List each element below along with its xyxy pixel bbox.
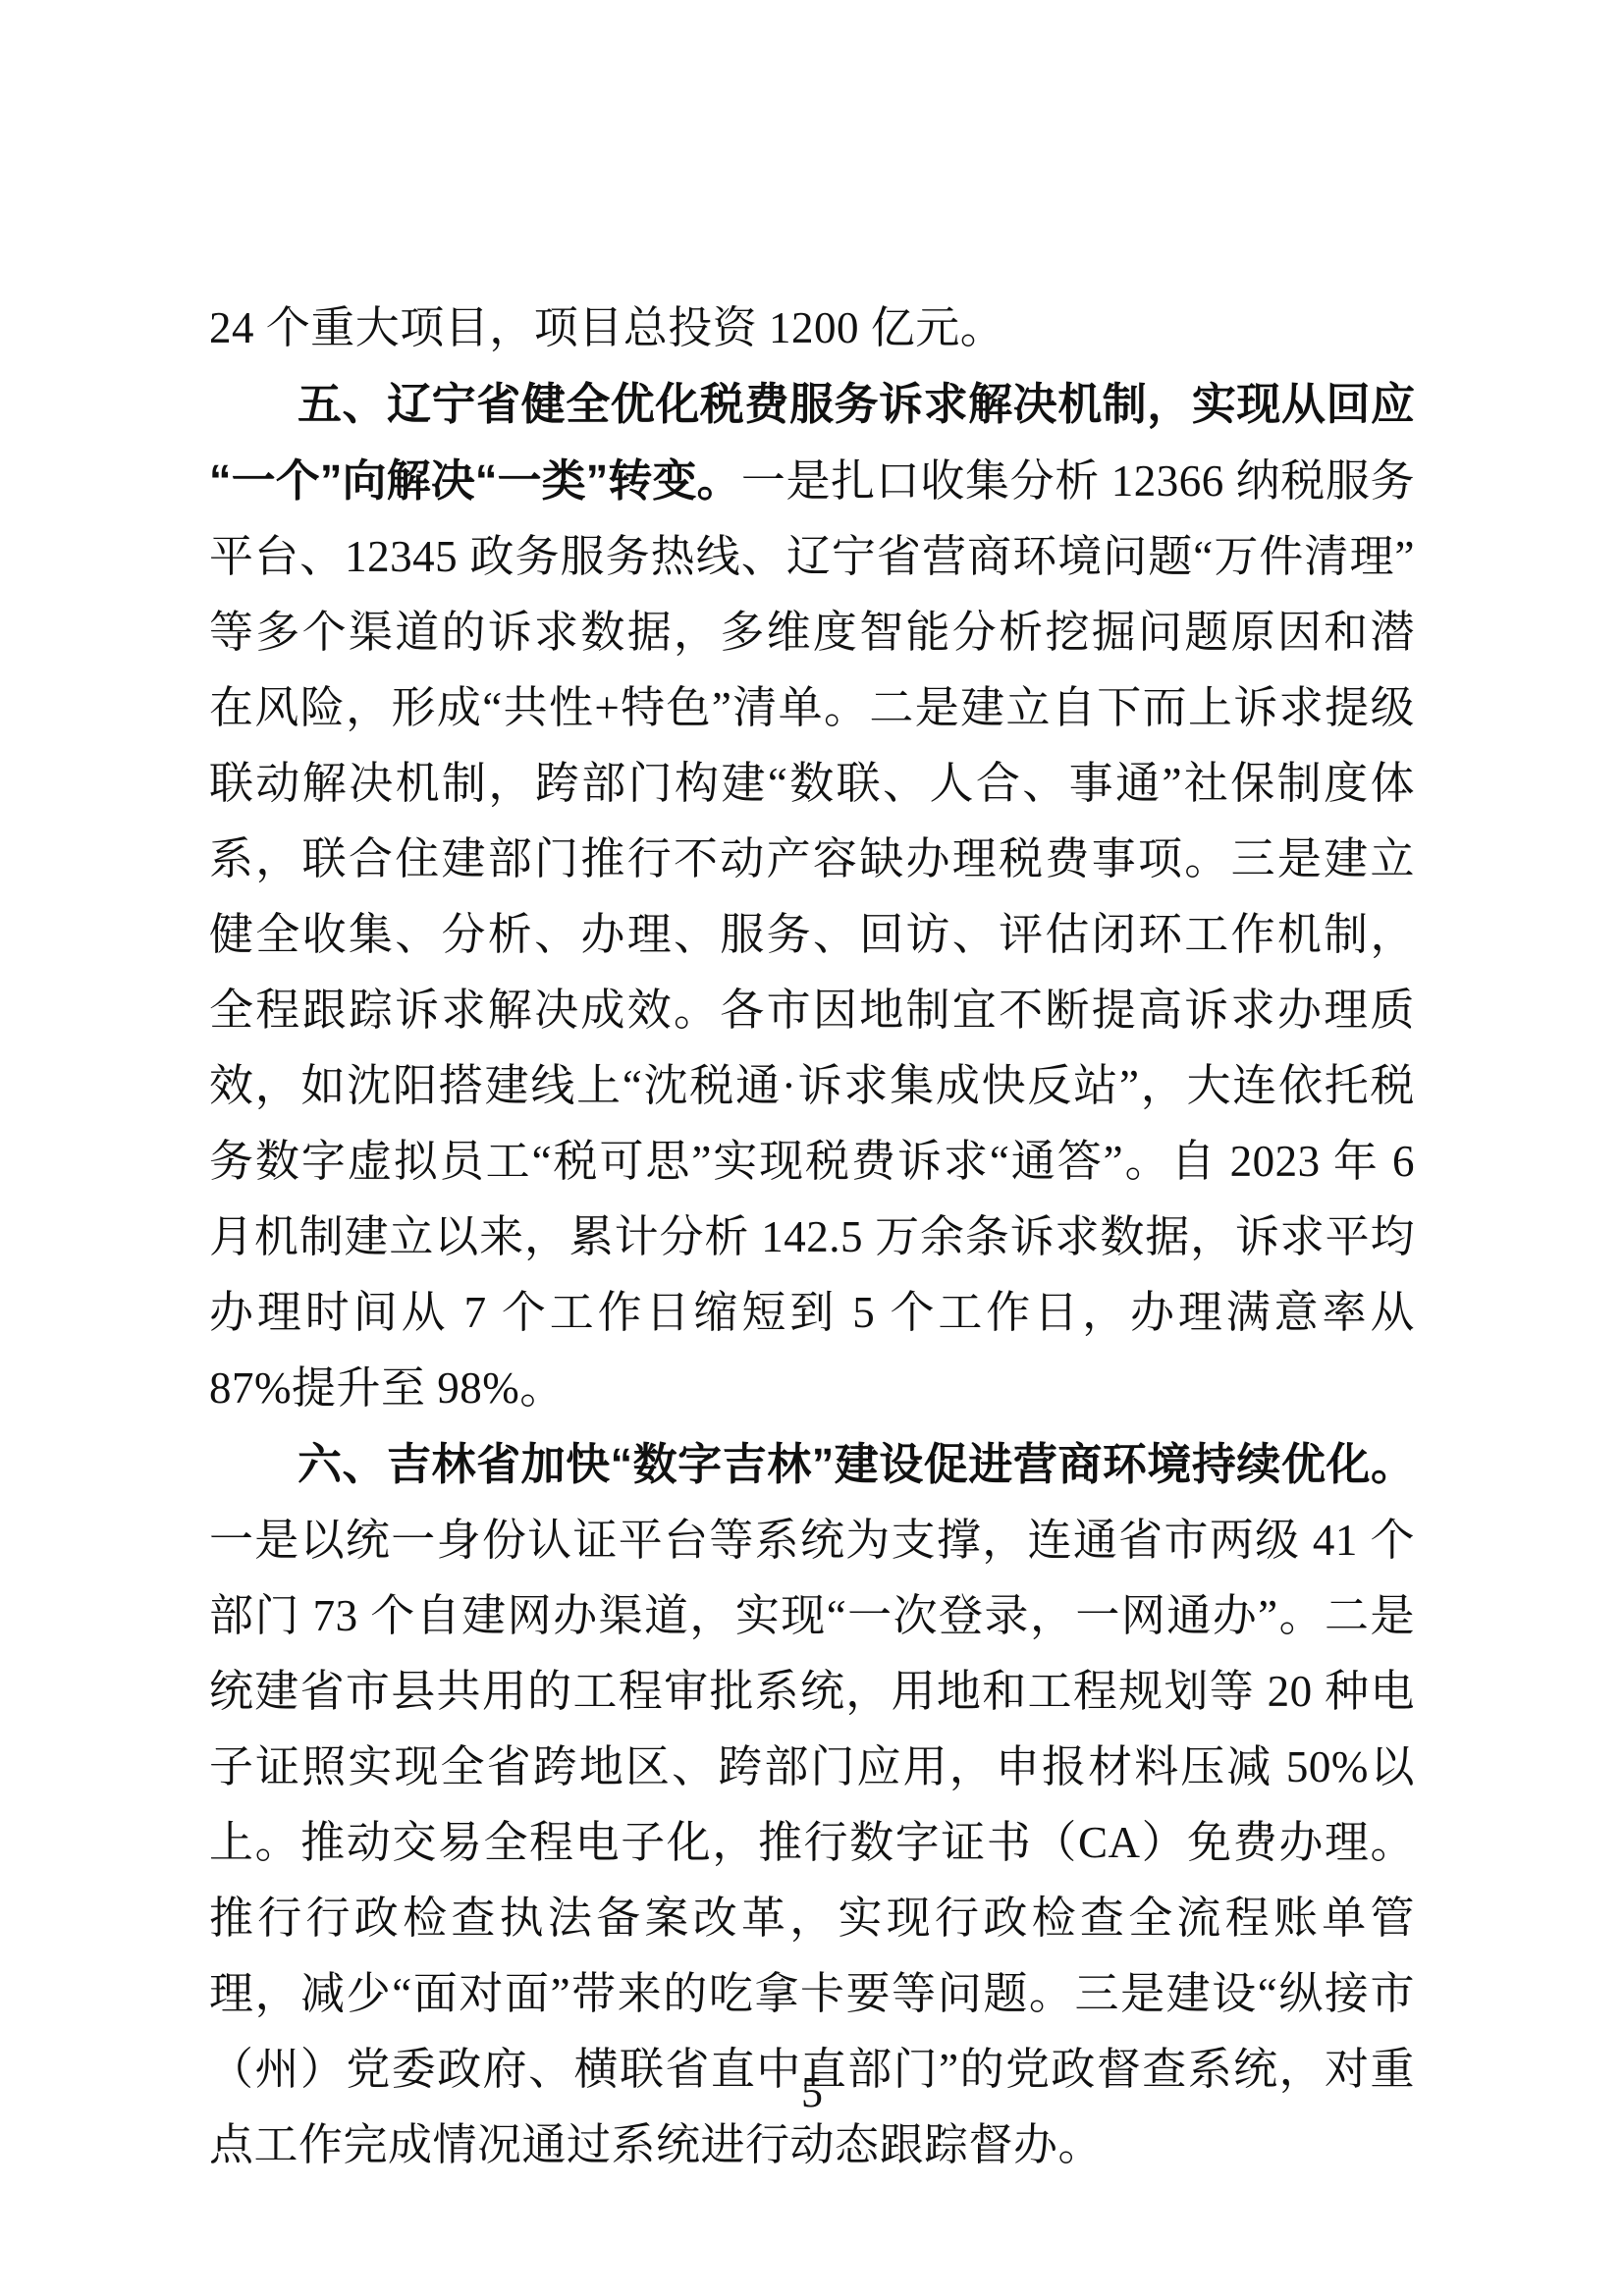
paragraph-continuation: 24 个重大项目，项目总投资 1200 亿元。 bbox=[209, 291, 1415, 366]
page-number: 5 bbox=[0, 2067, 1624, 2118]
document-content: 24 个重大项目，项目总投资 1200 亿元。 五、辽宁省健全优化税费服务诉求解… bbox=[209, 291, 1415, 2183]
section-five-paragraph: 五、辽宁省健全优化税费服务诉求解决机制，实现从回应“一个”向解决“一类”转变。一… bbox=[209, 366, 1415, 1426]
section-five-body: 一是扎口收集分析 12366 纳税服务平台、12345 政务服务热线、辽宁省营商… bbox=[209, 456, 1415, 1413]
document-page: 24 个重大项目，项目总投资 1200 亿元。 五、辽宁省健全优化税费服务诉求解… bbox=[0, 0, 1624, 2296]
section-six-heading: 六、吉林省加快“数字吉林”建设促进营商环境持续优化。 bbox=[298, 1439, 1415, 1489]
